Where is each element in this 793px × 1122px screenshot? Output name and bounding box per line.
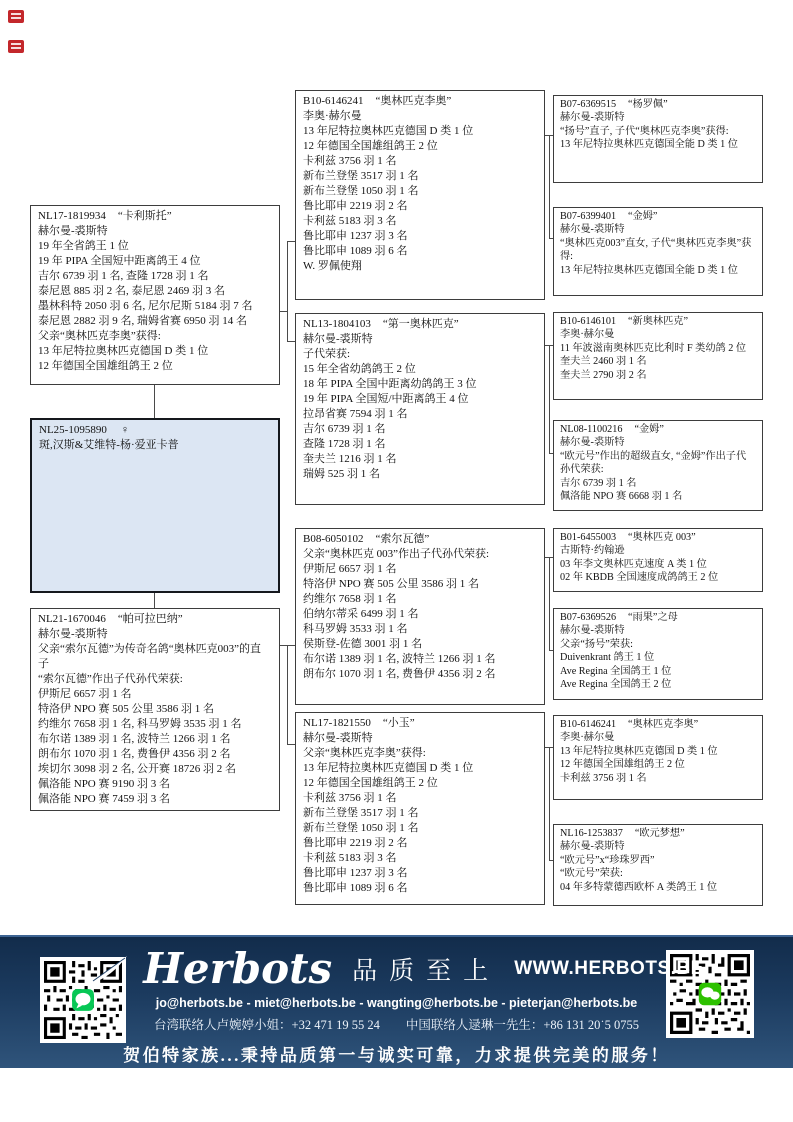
- pedigree-box-ggp-3: B10-6146101“新奥林匹克” 李奥·赫尔曼11 年波滋南奥林匹克比利时 …: [553, 312, 763, 400]
- box-line: 赫尔曼-裘斯特: [38, 224, 272, 239]
- box-line: 瑞姆 525 羽 1 名: [303, 467, 537, 482]
- box-title: B10-6146241“奥林匹克李奥”: [560, 718, 756, 731]
- box-line: 新布兰登堡 1050 羽 1 名: [303, 184, 537, 199]
- box-line: 李奥·赫尔曼: [303, 109, 537, 124]
- box-line: Ave Regina 全国鸽王 1 位: [560, 665, 756, 678]
- connector-line: [287, 744, 295, 745]
- pigeon-name: “奥林匹克李奥”: [628, 719, 698, 730]
- box-line: 吉尔 6739 羽 1 名: [303, 422, 537, 437]
- box-line: 赫尔曼-裘斯特: [560, 436, 756, 449]
- box-line: 18 年 PIPA 全国中距离幼鸽鸽王 3 位: [303, 377, 537, 392]
- pedigree-box-granddam-1: NL13-1804103“第一奥林匹克” 赫尔曼-裘斯特子代荣获:15 年全省幼…: [295, 313, 545, 505]
- box-body: 赫尔曼-裘斯特父亲“扬号”荣获:Duivenkrant 鸽王 1 位Ave Re…: [560, 624, 756, 691]
- pedigree-box-grandsire-2: B08-6050102“索尔瓦德” 父亲“奥林匹克 003”作出子代孙代荣获:伊…: [295, 528, 545, 705]
- box-title: NL13-1804103“第一奥林匹克”: [303, 317, 537, 332]
- box-line: 斑,汉斯&艾维特-杨·爱亚卡普: [39, 438, 271, 453]
- box-line: 拉昂省赛 7594 羽 1 名: [303, 407, 537, 422]
- red-bookmark-icon: [8, 40, 24, 53]
- box-line: 赫尔曼-裘斯特: [303, 731, 537, 746]
- box-line: 伊斯尼 6657 羽 1 名: [303, 562, 537, 577]
- box-line: 父亲“奥林匹克李奥”获得:: [38, 329, 272, 344]
- box-line: 泰尼恩 2882 羽 9 名, 瑞姆省赛 6950 羽 14 名: [38, 314, 272, 329]
- box-line: 13 年尼特拉奥林匹克德国 D 类 1 位: [38, 344, 272, 359]
- contact-emails: jo@herbots.be - miet@herbots.be - wangti…: [156, 996, 637, 1010]
- box-line: 约维尔 7658 羽 1 名: [303, 592, 537, 607]
- box-title: NL17-1819934“卡利斯托”: [38, 209, 272, 224]
- ring-number: B10-6146241: [560, 719, 616, 730]
- box-line: 卡利兹 3756 羽 1 名: [303, 154, 537, 169]
- pigeon-name: “欧元梦想”: [635, 828, 685, 839]
- contact-phones-row: 台湾联络人卢婉婷小姐：+32 471 19 55 24 中国联络人逯琳一先生：+…: [154, 1015, 639, 1033]
- box-line: 鲁比耶申 1237 羽 3 名: [303, 866, 537, 881]
- pedigree-box-mother: NL21-1670046“帕可拉巴纳” 赫尔曼-裘斯特父亲“索尔瓦德”为传奇名鸽…: [30, 608, 280, 811]
- red-bookmark-icon: [8, 10, 24, 23]
- box-body: 赫尔曼-裘斯特“欧元号”x“珍珠罗西”“欧元号”荣获:04 年多特蒙德西欧杯 A…: [560, 840, 756, 894]
- box-line: “欧元号”x“珍珠罗西”: [560, 854, 756, 867]
- footer-slogan-cn: 品质至上: [352, 951, 500, 987]
- box-line: 13 年尼特拉奥林匹克德国全能 D 类 1 位: [560, 138, 756, 151]
- ring-number: NL16-1253837: [560, 828, 623, 839]
- pigeon-name: “卡利斯托”: [118, 210, 172, 222]
- box-line: 查隆 1728 羽 1 名: [303, 437, 537, 452]
- brand-row: Herbots 品质至上 WWW.HERBOTS.BE: [89, 943, 704, 995]
- box-body: 赫尔曼-裘斯特子代荣获:15 年全省幼鸽鸽王 2 位18 年 PIPA 全国中距…: [303, 332, 537, 482]
- box-line: 13 年尼特拉奥林匹克德国全能 D 类 1 位: [560, 264, 756, 277]
- box-line: 03 年李文奥林匹克速度 A 类 1 位: [560, 558, 756, 571]
- pigeon-name: “帕可拉巴纳”: [118, 613, 183, 625]
- box-line: 奎夫兰 2790 羽 2 名: [560, 369, 756, 382]
- box-line: 特洛伊 NPO 赛 505 公里 3586 羽 1 名: [38, 702, 272, 717]
- pedigree-box-ggp-4: NL08-1100216“金姆” 赫尔曼-裘斯特“欧元号”作出的超级直女, “金…: [553, 420, 763, 511]
- ring-number: NL17-1819934: [38, 210, 106, 222]
- connector-line: [549, 557, 550, 651]
- box-line: 朗布尔 1070 羽 1 名, 费鲁伊 4356 羽 2 名: [38, 747, 272, 762]
- box-title: B10-6146101“新奥林匹克”: [560, 315, 756, 328]
- box-line: 佩洛能 NPO 赛 6668 羽 1 名: [560, 490, 756, 503]
- pedigree-box-ggp-5: B01-6455003“奥林匹克 003” 古斯特·约翰逊03 年李文奥林匹克速…: [553, 528, 763, 592]
- box-line: 特洛伊 NPO 赛 505 公里 3586 羽 1 名: [303, 577, 537, 592]
- footer-center-block: Herbots 品质至上 WWW.HERBOTS.BE jo@herbots.b…: [128, 943, 665, 1066]
- ring-number: B07-6399401: [560, 211, 616, 222]
- pigeon-name: “杨罗佩”: [628, 99, 668, 110]
- box-line: 父亲“奥林匹克李奥”获得:: [303, 746, 537, 761]
- box-line: 佩洛能 NPO 赛 7459 羽 3 名: [38, 792, 272, 807]
- box-title: B07-6399401“金姆”: [560, 210, 756, 223]
- box-line: 19 年 PIPA 全国短中距离鸽王 4 位: [38, 254, 272, 269]
- footer-tagline: 贺伯特家族...秉持品质第一与诚实可靠，力求提供完美的服务！: [123, 1041, 670, 1066]
- box-line: 12 年德国全国雄组鸽王 2 位: [303, 139, 537, 154]
- box-body: 李奥·赫尔曼11 年波滋南奥林匹克比利时 F 类幼鸽 2 位奎夫兰 2460 羽…: [560, 328, 756, 382]
- box-line: 伊斯尼 6657 羽 1 名: [38, 687, 272, 702]
- contact-taiwan: 台湾联络人卢婉婷小姐：+32 471 19 55 24: [154, 1015, 380, 1033]
- box-title: B07-6369515“杨罗佩”: [560, 98, 756, 111]
- pigeon-name: “新奥林匹克”: [628, 316, 688, 327]
- box-body: 古斯特·约翰逊03 年李文奥林匹克速度 A 类 1 位02 年 KBDB 全国速…: [560, 544, 756, 584]
- box-body: 李奥·赫尔曼13 年尼特拉奥林匹克德国 D 类 1 位12 年德国全国雄组鸽王 …: [560, 731, 756, 785]
- connector-line: [287, 241, 288, 342]
- pigeon-name: “奥林匹克李奥”: [376, 95, 452, 107]
- box-body: 赫尔曼-裘斯特父亲“奥林匹克李奥”获得:13 年尼特拉奥林匹克德国 D 类 1 …: [303, 731, 537, 896]
- ring-number: B10-6146101: [560, 316, 616, 327]
- pedigree-box-ggp-7: B10-6146241“奥林匹克李奥” 李奥·赫尔曼13 年尼特拉奥林匹克德国 …: [553, 715, 763, 800]
- connector-line: [549, 860, 553, 861]
- box-line: 赫尔曼-裘斯特: [38, 627, 272, 642]
- box-line: “扬号”直子, 子代“奥林匹克李奥”获得:: [560, 125, 756, 138]
- footer-banner: Herbots 品质至上 WWW.HERBOTS.BE jo@herbots.b…: [0, 935, 793, 1068]
- box-line: 赫尔曼-裘斯特: [560, 223, 756, 236]
- connector-line: [549, 650, 553, 651]
- box-title: NL08-1100216“金姆”: [560, 423, 756, 436]
- box-line: Ave Regina 全国鸽王 2 位: [560, 678, 756, 691]
- ring-number: B07-6369515: [560, 99, 616, 110]
- box-line: 13 年尼特拉奥林匹克德国 D 类 1 位: [303, 124, 537, 139]
- connector-line: [287, 341, 295, 342]
- feather-icon: [89, 954, 129, 984]
- box-line: 父亲“索尔瓦德”为传奇名鸽“奥林匹克003”的直子: [38, 642, 272, 672]
- box-line: 赫尔曼-裘斯特: [560, 840, 756, 853]
- box-line: “欧元号”荣获:: [560, 867, 756, 880]
- box-line: 卡利兹 5183 羽 3 名: [303, 851, 537, 866]
- box-line: W. 罗佩使翔: [303, 259, 537, 274]
- box-line: 科马罗姆 3533 羽 1 名: [303, 622, 537, 637]
- box-line: 鲁比耶申 1089 羽 6 名: [303, 244, 537, 259]
- box-line: 12 年德国全国雄组鸽王 2 位: [560, 758, 756, 771]
- box-line: “奥林匹克003”直女, 子代“奥林匹克李奥”获得:: [560, 237, 756, 264]
- box-title: NL25-1095890♀: [39, 423, 271, 438]
- connector-line: [287, 241, 295, 242]
- box-line: 约维尔 7658 羽 1 名, 科马罗姆 3535 羽 1 名: [38, 717, 272, 732]
- box-title: B01-6455003“奥林匹克 003”: [560, 531, 756, 544]
- connector-line: [549, 345, 550, 454]
- pedigree-box-granddam-2: NL17-1821550“小玉” 赫尔曼-裘斯特父亲“奥林匹克李奥”获得:13 …: [295, 712, 545, 905]
- ring-number: B08-6050102: [303, 533, 364, 545]
- box-body: 赫尔曼-裘斯特“奥林匹克003”直女, 子代“奥林匹克李奥”获得:13 年尼特拉…: [560, 223, 756, 277]
- box-line: 子代荣获:: [303, 347, 537, 362]
- box-line: 朗布尔 1070 羽 1 名, 费鲁伊 4356 羽 2 名: [303, 667, 537, 682]
- box-line: 佩洛能 NPO 赛 9190 羽 3 名: [38, 777, 272, 792]
- box-line: 19 年 PIPA 全国短/中距离鸽王 4 位: [303, 392, 537, 407]
- pedigree-box-subject: NL25-1095890♀ 斑,汉斯&艾维特-杨·爱亚卡普: [30, 418, 280, 593]
- connector-line: [549, 135, 550, 239]
- pigeon-name: “雨果”之母: [628, 612, 678, 623]
- box-line: 李奥·赫尔曼: [560, 731, 756, 744]
- box-line: 埃切尔 3098 羽 2 名, 公开赛 18726 羽 2 名: [38, 762, 272, 777]
- box-line: 布尔诺 1389 羽 1 名, 波特兰 1266 羽 1 名: [38, 732, 272, 747]
- box-line: 吉尔 6739 羽 1 名: [560, 477, 756, 490]
- box-line: 02 年 KBDB 全国速度成鸽鸽王 2 位: [560, 571, 756, 584]
- box-line: 04 年多特蒙德西欧杯 A 类鸽王 1 位: [560, 881, 756, 894]
- box-line: 墨林科特 2050 羽 6 名, 尼尔尼斯 5184 羽 7 名: [38, 299, 272, 314]
- ring-number: NL08-1100216: [560, 424, 622, 435]
- box-line: 古斯特·约翰逊: [560, 544, 756, 557]
- pedigree-box-ggp-2: B07-6399401“金姆” 赫尔曼-裘斯特“奥林匹克003”直女, 子代“奥…: [553, 207, 763, 296]
- gender-symbol: ♀: [121, 424, 129, 436]
- box-line: 奎夫兰 2460 羽 1 名: [560, 355, 756, 368]
- box-body: 赫尔曼-裘斯特父亲“索尔瓦德”为传奇名鸽“奥林匹克003”的直子“索尔瓦德”作出…: [38, 627, 272, 807]
- ring-number: B01-6455003: [560, 532, 616, 543]
- box-line: 泰尼恩 885 羽 2 名, 泰尼恩 2469 羽 3 名: [38, 284, 272, 299]
- box-line: 伯纳尔蒂采 6499 羽 1 名: [303, 607, 537, 622]
- box-title: NL21-1670046“帕可拉巴纳”: [38, 612, 272, 627]
- connector-line: [287, 645, 288, 745]
- box-body: 赫尔曼-裘斯特“欧元号”作出的超级直女, “金姆”作出子代孙代荣获:吉尔 673…: [560, 436, 756, 503]
- pedigree-box-ggp-6: B07-6369526“雨果”之母 赫尔曼-裘斯特父亲“扬号”荣获:Duiven…: [553, 608, 763, 700]
- box-body: 赫尔曼-裘斯特“扬号”直子, 子代“奥林匹克李奥”获得:13 年尼特拉奥林匹克德…: [560, 111, 756, 151]
- box-line: 鲁比耶申 2219 羽 2 名: [303, 199, 537, 214]
- website-url: WWW.HERBOTS.BE: [514, 958, 704, 980]
- contact-china: 中国联络人逯琳一先生：+86 131 20˙5 0755: [406, 1015, 639, 1033]
- box-title: NL17-1821550“小玉”: [303, 716, 537, 731]
- pigeon-name: “索尔瓦德”: [376, 533, 430, 545]
- box-line: 父亲“扬号”荣获:: [560, 638, 756, 651]
- box-line: 李奥·赫尔曼: [560, 328, 756, 341]
- box-line: 13 年尼特拉奥林匹克德国 D 类 1 位: [303, 761, 537, 776]
- pedigree-box-father: NL17-1819934“卡利斯托” 赫尔曼-裘斯特19 年全省鸽王 1 位19…: [30, 205, 280, 385]
- pigeon-name: “小玉”: [383, 717, 415, 729]
- box-body: 父亲“奥林匹克 003”作出子代孙代荣获:伊斯尼 6657 羽 1 名特洛伊 N…: [303, 547, 537, 682]
- box-body: 李奥·赫尔曼13 年尼特拉奥林匹克德国 D 类 1 位12 年德国全国雄组鸽王 …: [303, 109, 537, 274]
- box-line: 19 年全省鸽王 1 位: [38, 239, 272, 254]
- pedigree-box-ggp-8: NL16-1253837“欧元梦想” 赫尔曼-裘斯特“欧元号”x“珍珠罗西”“欧…: [553, 824, 763, 906]
- box-line: 鲁比耶申 1089 羽 6 名: [303, 881, 537, 896]
- pigeon-name: “第一奥林匹克”: [383, 318, 459, 330]
- box-title: B07-6369526“雨果”之母: [560, 611, 756, 624]
- box-line: 鲁比耶申 1237 羽 3 名: [303, 229, 537, 244]
- box-line: 布尔诺 1389 羽 1 名, 波特兰 1266 羽 1 名: [303, 652, 537, 667]
- ring-number: NL17-1821550: [303, 717, 371, 729]
- ring-number: NL13-1804103: [303, 318, 371, 330]
- box-line: 侯斯登-佐德 3001 羽 1 名: [303, 637, 537, 652]
- box-line: 父亲“奥林匹克 003”作出子代孙代荣获:: [303, 547, 537, 562]
- box-line: 15 年全省幼鸽鸽王 2 位: [303, 362, 537, 377]
- box-line: 12 年德国全国雄组鸽王 2 位: [38, 359, 272, 374]
- herbots-wordmark: Herbots: [143, 948, 332, 990]
- ring-number: NL21-1670046: [38, 613, 106, 625]
- box-line: “欧元号”作出的超级直女, “金姆”作出子代孙代荣获:: [560, 450, 756, 477]
- box-line: 新布兰登堡 3517 羽 1 名: [303, 169, 537, 184]
- ring-number: B10-6146241: [303, 95, 364, 107]
- box-title: NL16-1253837“欧元梦想”: [560, 827, 756, 840]
- box-line: 鲁比耶申 2219 羽 2 名: [303, 836, 537, 851]
- box-line: 新布兰登堡 1050 羽 1 名: [303, 821, 537, 836]
- box-line: 13 年尼特拉奥林匹克德国 D 类 1 位: [560, 745, 756, 758]
- box-line: Duivenkrant 鸽王 1 位: [560, 651, 756, 664]
- box-line: 奎夫兰 1216 羽 1 名: [303, 452, 537, 467]
- connector-line: [154, 593, 155, 608]
- connector-line: [154, 385, 155, 418]
- box-line: 卡利兹 5183 羽 3 名: [303, 214, 537, 229]
- box-line: 12 年德国全国雄组鸽王 2 位: [303, 776, 537, 791]
- box-line: 新布兰登堡 3517 羽 1 名: [303, 806, 537, 821]
- box-line: 赫尔曼-裘斯特: [560, 624, 756, 637]
- box-body: 斑,汉斯&艾维特-杨·爱亚卡普: [39, 438, 271, 453]
- ring-number: B07-6369526: [560, 612, 616, 623]
- connector-line: [549, 238, 553, 239]
- box-line: 卡利兹 3756 羽 1 名: [560, 772, 756, 785]
- box-line: 吉尔 6739 羽 1 名, 查隆 1728 羽 1 名: [38, 269, 272, 284]
- pedigree-page: NL17-1819934“卡利斯托” 赫尔曼-裘斯特19 年全省鸽王 1 位19…: [0, 0, 793, 1122]
- box-title: B10-6146241“奥林匹克李奥”: [303, 94, 537, 109]
- pedigree-box-ggp-1: B07-6369515“杨罗佩” 赫尔曼-裘斯特“扬号”直子, 子代“奥林匹克李…: [553, 95, 763, 183]
- box-title: B08-6050102“索尔瓦德”: [303, 532, 537, 547]
- box-body: 赫尔曼-裘斯特19 年全省鸽王 1 位19 年 PIPA 全国短中距离鸽王 4 …: [38, 224, 272, 374]
- ring-number: NL25-1095890: [39, 424, 107, 436]
- box-line: 赫尔曼-裘斯特: [560, 111, 756, 124]
- pigeon-name: “金姆”: [628, 211, 657, 222]
- pigeon-name: “金姆”: [634, 424, 663, 435]
- connector-line: [549, 453, 553, 454]
- pedigree-box-grandsire-1: B10-6146241“奥林匹克李奥” 李奥·赫尔曼13 年尼特拉奥林匹克德国 …: [295, 90, 545, 300]
- connector-line: [549, 747, 550, 861]
- box-line: 卡利兹 3756 羽 1 名: [303, 791, 537, 806]
- box-line: 赫尔曼-裘斯特: [303, 332, 537, 347]
- box-line: “索尔瓦德”作出子代孙代荣获:: [38, 672, 272, 687]
- pigeon-name: “奥林匹克 003”: [628, 532, 696, 543]
- box-line: 11 年波滋南奥林匹克比利时 F 类幼鸽 2 位: [560, 342, 756, 355]
